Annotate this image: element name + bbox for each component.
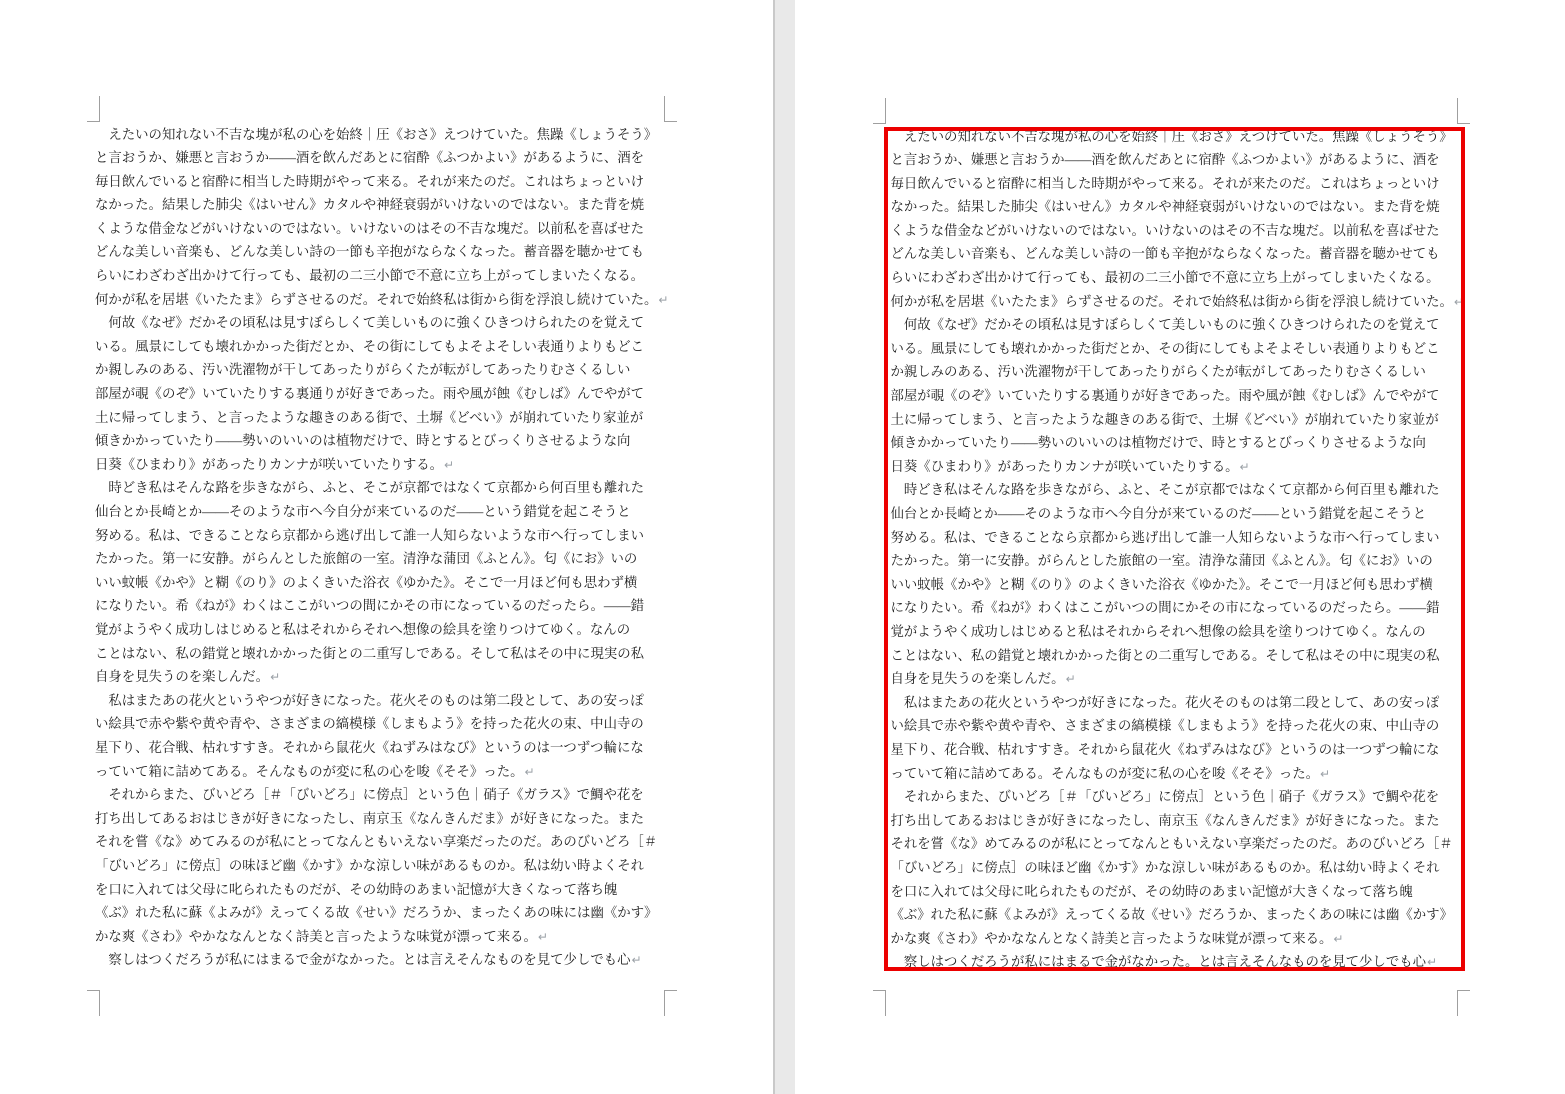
return-mark-icon: ↵ [631,953,642,967]
text-line: 察しはつくだろうが私にはまるで金がなかった。とは言えそんなものを見て少しでも心↵ [891,950,1475,974]
crop-mark-top-right [1457,98,1470,124]
text-line: 傾きかかっていたり――勢いのいいのは植物だけで、時とするとびっくりさせるような向 [891,431,1475,455]
crop-mark-top-right [664,96,677,122]
text-line: 日葵《ひまわり》があったりカンナが咲いていたりする。↵ [95,453,679,477]
return-mark-icon: ↵ [443,458,454,472]
return-mark-icon: ↵ [524,765,535,779]
text-line: 《ぶ》れた私に蘇《よみが》えってくる故《せい》だろうか、まったくあの味には幽《か… [95,901,679,925]
text-line: 仙台とか長崎とか――そのような市へ今自分が来ているのだ――という錯覚を起こそうと [95,500,679,524]
return-mark-icon: ↵ [1426,955,1437,969]
text-line: 部屋が覗《のぞ》いていたりする裏通りが好きであった。雨や風が蝕《むしば》んでやが… [95,382,679,406]
return-mark-icon: ↵ [657,293,668,307]
text-line: どんな美しい音楽も、どんな美しい詩の一節も辛抱がならなくなった。蓄音器を聴かせて… [95,240,679,264]
text-line: それを嘗《な》めてみるのが私にとってなんともいえない享楽だったのだ。あのびいどろ… [95,830,679,854]
text-line: と言おうか、嫌悪と言おうか――酒を飲んだあとに宿酔《ふつかよい》があるように、酒… [95,146,679,170]
text-line: 星下り、花合戦、枯れすすき。それから鼠花火《ねずみはなび》というのは一つずつ輪に… [95,736,679,760]
text-line: どんな美しい音楽も、どんな美しい詩の一節も辛抱がならなくなった。蓄音器を聴かせて… [891,242,1475,266]
text-line: 覚がようやく成功しはじめると私はそれからそれへ想像の絵具を塗りつけてゆく。なんの [891,620,1475,644]
text-line: い絵具で赤や紫や黄や青や、さまざまの縞模様《しまもよう》を持った花火の束、中山寺… [95,712,679,736]
text-line: 努める。私は、できることなら京都から逃げ出して誰一人知らないような市へ行ってしま… [891,526,1475,550]
text-line: かな爽《さわ》やかななんとなく詩美と言ったような味覚が漂って来る。↵ [95,925,679,949]
text-line: 土に帰ってしまう、と言ったような趣きのある街で、土塀《どべい》が崩れていたり家並… [891,408,1475,432]
text-line: ことはない、私の錯覚と壊れかかった街との二重写しである。そして私はその中に現実の… [891,644,1475,668]
return-mark-icon: ↵ [1332,932,1343,946]
text-line: 私はまたあの花火というやつが好きになった。花火そのものは第二段として、あの安っぽ [95,689,679,713]
text-line: と言おうか、嫌悪と言おうか――酒を飲んだあとに宿酔《ふつかよい》があるように、酒… [891,148,1475,172]
crop-mark-bottom-left [87,990,100,1016]
page-right: えたいの知れない不吉な塊が私の心を始終｜圧《おさ》えつけていた。焦躁《しょうそう… [795,0,1565,1094]
crop-mark-bottom-left [873,990,886,1016]
text-line: っていて箱に詰めてある。そんなものが変に私の心を唆《そそ》った。↵ [95,760,679,784]
text-line: 「びいどろ」に傍点］の味ほど幽《かす》かな涼しい味があるものか。私は幼い時よくそ… [95,854,679,878]
return-mark-icon: ↵ [269,670,280,684]
text-line: たかった。第一に安静。がらんとした旅館の一室。清浄な蒲団《ふとん》。匂《にお》い… [891,549,1475,573]
text-line: いい蚊帳《かや》と糊《のり》のよくきいた浴衣《ゆかた》。そこで一月ほど何も思わず… [891,573,1475,597]
text-line: らいにわざわざ出かけて行っても、最初の二三小節で不意に立ち上がってしまいたくなる… [95,264,679,288]
text-line: それを嘗《な》めてみるのが私にとってなんともいえない享楽だったのだ。あのびいどろ… [891,832,1475,856]
text-line: 私はまたあの花火というやつが好きになった。花火そのものは第二段として、あの安っぽ [891,691,1475,715]
text-line: 毎日飲んでいると宿酔に相当した時期がやって来る。それが来たのだ。これはちょっとい… [95,170,679,194]
return-mark-icon: ↵ [1319,767,1330,781]
text-line: いる。風景にしても壊れかかった街だとか、その街にしてもよそよそしい表通りよりもど… [95,335,679,359]
text-line: を口に入れては父母に叱られたものだが、その幼時のあまい記憶が大きくなって落ち魄 [891,880,1475,904]
return-mark-icon: ↵ [1453,295,1464,309]
text-line: 自身を見失うのを楽しんだ。↵ [891,667,1475,691]
return-mark-icon: ↵ [1065,672,1076,686]
text-line: 覚がようやく成功しはじめると私はそれからそれへ想像の絵具を塗りつけてゆく。なんの [95,618,679,642]
text-line: 毎日飲んでいると宿酔に相当した時期がやって来る。それが来たのだ。これはちょっとい… [891,172,1475,196]
text-line: いい蚊帳《かや》と糊《のり》のよくきいた浴衣《ゆかた》。そこで一月ほど何も思わず… [95,571,679,595]
text-line: らいにわざわざ出かけて行っても、最初の二三小節で不意に立ち上がってしまいたくなる… [891,266,1475,290]
text-line: 何かが私を居堪《いたたま》らずさせるのだ。それで始終私は街から街を浮浪し続けてい… [95,288,679,312]
document-text-left[interactable]: えたいの知れない不吉な塊が私の心を始終｜圧《おさ》えつけていた。焦躁《しょうそう… [95,123,679,972]
text-line: になりたい。希《ねが》わくはここがいつの間にかその市になっているのだったら。――… [95,594,679,618]
text-line: いる。風景にしても壊れかかった街だとか、その街にしてもよそよそしい表通りよりもど… [891,337,1475,361]
text-line: 「びいどろ」に傍点］の味ほど幽《かす》かな涼しい味があるものか。私は幼い時よくそ… [891,856,1475,880]
return-mark-icon: ↵ [1239,460,1250,474]
crop-mark-bottom-right [664,990,677,1016]
text-line: それからまた、びいどろ［＃「びいどろ」に傍点］という色｜硝子《ガラス》で鯛や花を [95,783,679,807]
text-line: 時どき私はそんな路を歩きながら、ふと、そこが京都ではなくて京都から何百里も離れた [95,476,679,500]
text-line: 自身を見失うのを楽しんだ。↵ [95,665,679,689]
crop-mark-top-left [87,96,100,122]
text-line: 何故《なぜ》だかその頃私は見すぼらしくて美しいものに強くひきつけられたのを覚えて [95,311,679,335]
text-line: えたいの知れない不吉な塊が私の心を始終｜圧《おさ》えつけていた。焦躁《しょうそう… [95,123,679,147]
text-line: それからまた、びいどろ［＃「びいどろ」に傍点］という色｜硝子《ガラス》で鯛や花を [891,785,1475,809]
text-line: たかった。第一に安静。がらんとした旅館の一室。清浄な蒲団《ふとん》。匂《にお》い… [95,547,679,571]
text-line: 打ち出してあるおはじきが好きになったし、南京玉《なんきんだま》が好きになった。ま… [95,807,679,831]
text-line: か親しみのある、汚い洗濯物が干してあったりがらくたが転がしてあったりむさくるしい [891,360,1475,384]
document-text-right[interactable]: えたいの知れない不吉な塊が私の心を始終｜圧《おさ》えつけていた。焦躁《しょうそう… [891,125,1475,974]
text-line: になりたい。希《ねが》わくはここがいつの間にかその市になっているのだったら。――… [891,596,1475,620]
text-line: なかった。結果した肺尖《はいせん》カタルや神経衰弱がいけないのではない。また背を… [891,195,1475,219]
page-divider [773,0,797,1094]
text-line: っていて箱に詰めてある。そんなものが変に私の心を唆《そそ》った。↵ [891,762,1475,786]
text-line: 何故《なぜ》だかその頃私は見すぼらしくて美しいものに強くひきつけられたのを覚えて [891,313,1475,337]
text-line: か親しみのある、汚い洗濯物が干してあったりがらくたが転がしてあったりむさくるしい [95,358,679,382]
text-line: 何かが私を居堪《いたたま》らずさせるのだ。それで始終私は街から街を浮浪し続けてい… [891,290,1475,314]
text-line: 努める。私は、できることなら京都から逃げ出して誰一人知らないような市へ行ってしま… [95,524,679,548]
text-line: 察しはつくだろうが私にはまるで金がなかった。とは言えそんなものを見て少しでも心↵ [95,948,679,972]
text-line: 星下り、花合戦、枯れすすき。それから鼠花火《ねずみはなび》というのは一つずつ輪に… [891,738,1475,762]
text-line: 《ぶ》れた私に蘇《よみが》えってくる故《せい》だろうか、まったくあの味には幽《か… [891,903,1475,927]
text-line: を口に入れては父母に叱られたものだが、その幼時のあまい記憶が大きくなって落ち魄 [95,878,679,902]
page-left: えたいの知れない不吉な塊が私の心を始終｜圧《おさ》えつけていた。焦躁《しょうそう… [0,0,773,1094]
text-line: 日葵《ひまわり》があったりカンナが咲いていたりする。↵ [891,455,1475,479]
text-line: 部屋が覗《のぞ》いていたりする裏通りが好きであった。雨や風が蝕《むしば》んでやが… [891,384,1475,408]
text-line: ことはない、私の錯覚と壊れかかった街との二重写しである。そして私はその中に現実の… [95,642,679,666]
text-line: い絵具で赤や紫や黄や青や、さまざまの縞模様《しまもよう》を持った花火の束、中山寺… [891,714,1475,738]
crop-mark-top-left [873,98,886,124]
text-line: かな爽《さわ》やかななんとなく詩美と言ったような味覚が漂って来る。↵ [891,927,1475,951]
text-line: 傾きかかっていたり――勢いのいいのは植物だけで、時とするとびっくりさせるような向 [95,429,679,453]
return-mark-icon: ↵ [537,930,548,944]
text-line: 仙台とか長崎とか――そのような市へ今自分が来ているのだ――という錯覚を起こそうと [891,502,1475,526]
text-line: 打ち出してあるおはじきが好きになったし、南京玉《なんきんだま》が好きになった。ま… [891,809,1475,833]
text-line: くような借金などがいけないのではない。いけないのはその不吉な塊だ。以前私を喜ばせ… [95,217,679,241]
text-line: 土に帰ってしまう、と言ったような趣きのある街で、土塀《どべい》が崩れていたり家並… [95,406,679,430]
text-line: 時どき私はそんな路を歩きながら、ふと、そこが京都ではなくて京都から何百里も離れた [891,478,1475,502]
text-line: くような借金などがいけないのではない。いけないのはその不吉な塊だ。以前私を喜ばせ… [891,219,1475,243]
text-line: なかった。結果した肺尖《はいせん》カタルや神経衰弱がいけないのではない。また背を… [95,193,679,217]
crop-mark-bottom-right [1457,990,1470,1016]
text-line: えたいの知れない不吉な塊が私の心を始終｜圧《おさ》えつけていた。焦躁《しょうそう… [891,125,1475,149]
